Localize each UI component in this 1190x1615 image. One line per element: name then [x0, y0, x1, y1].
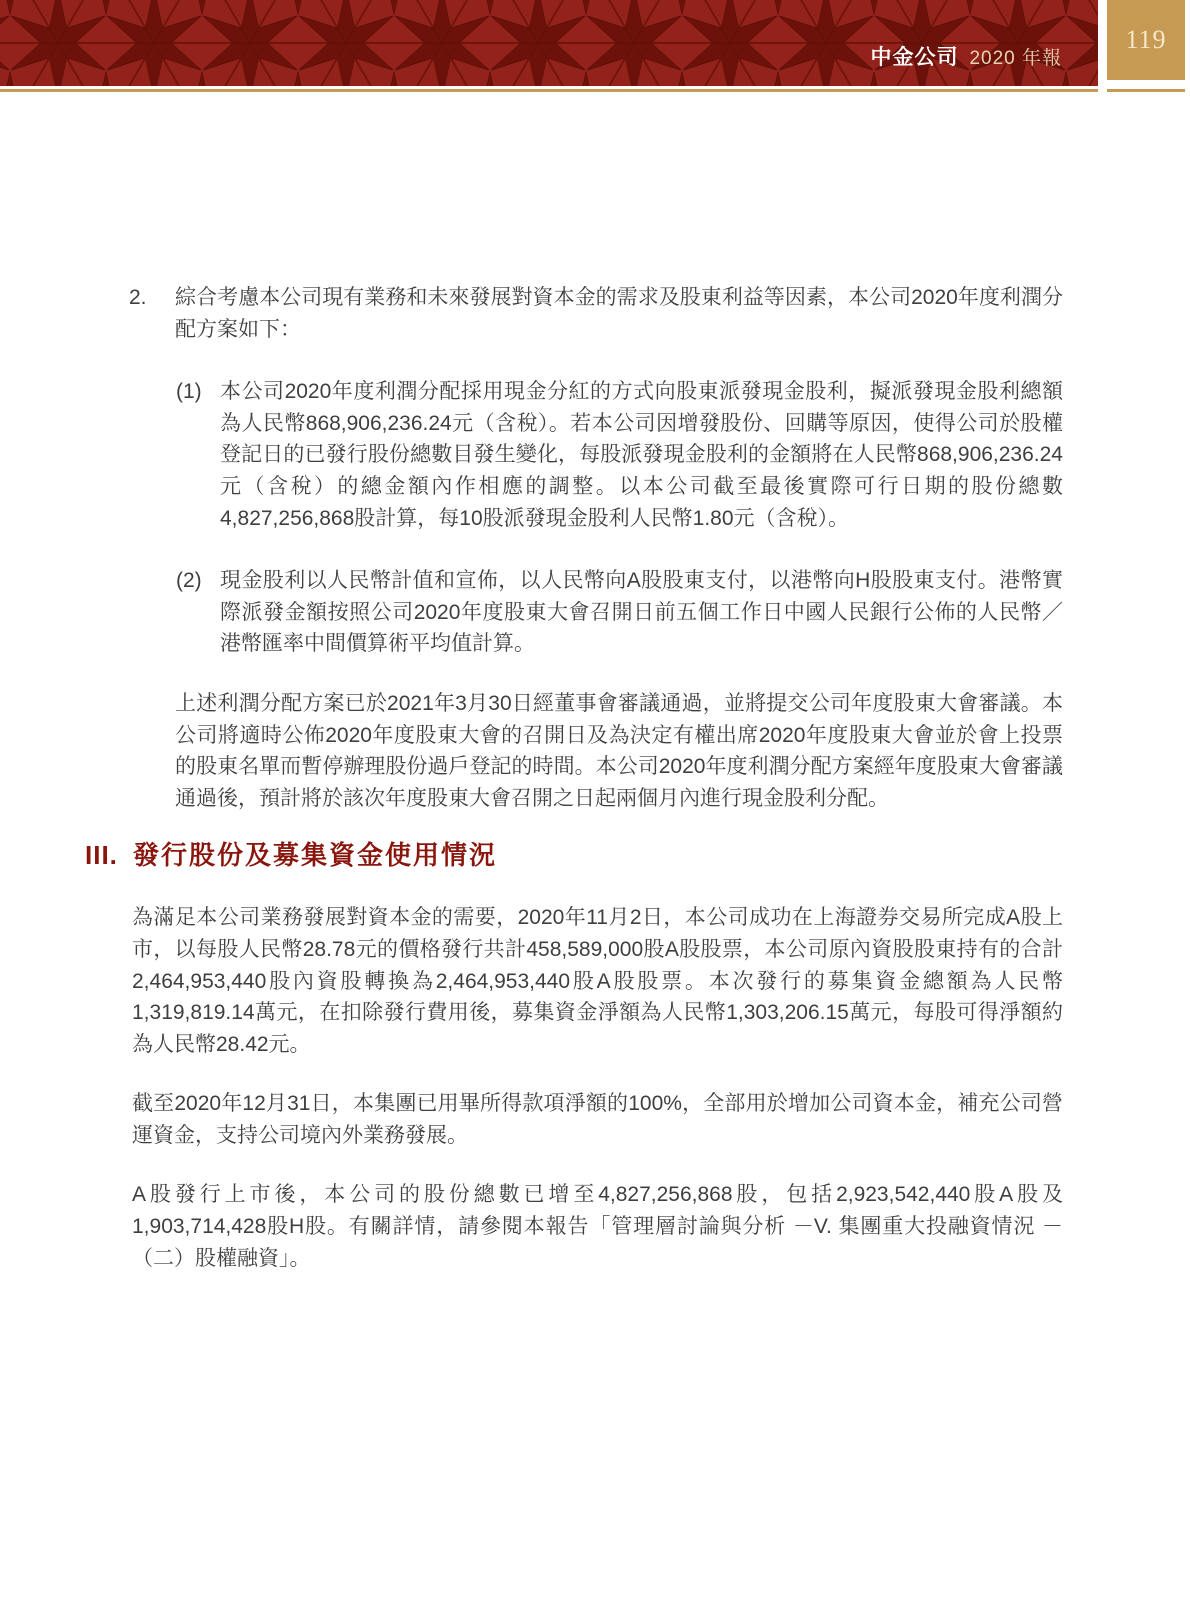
company-name: 中金公司 [870, 41, 958, 71]
gold-rule-right [1107, 89, 1185, 92]
page-content: 2. 綜合考慮本公司現有業務和未來發展對資本金的需求及股東利益等因素，本公司20… [0, 282, 1190, 1274]
gold-rule-left [0, 89, 1098, 92]
header-pattern-band: 中金公司 2020 年報 [0, 0, 1098, 86]
report-title: 2020 年報 [969, 43, 1062, 70]
dividend-closing-paragraph: 上述利潤分配方案已於2021年3月30日經董事會審議通過，並將提交公司年度股東大… [175, 688, 1063, 814]
list-item-2-number: 2. [129, 282, 175, 345]
gold-rule [0, 89, 1190, 92]
section-heading-iii: III. 發行股份及募集資金使用情況 [85, 838, 1063, 872]
sub-item-1-text: 本公司2020年度利潤分配採用現金分紅的方式向股東派發現金股利，擬派發現金股利總… [220, 376, 1063, 534]
gold-rule-gap [1098, 89, 1107, 92]
section-iii-paragraph-2: 截至2020年12月31日，本集團已用畢所得款項淨額的100%，全部用於增加公司… [132, 1088, 1063, 1151]
section-heading-title: 發行股份及募集資金使用情況 [133, 838, 497, 872]
header-divider-gap [1098, 0, 1107, 86]
sub-item-2: (2) 現金股利以人民幣計值和宣佈，以人民幣向A股股東支付，以港幣向H股股東支付… [176, 565, 1063, 660]
list-item-2: 2. 綜合考慮本公司現有業務和未來發展對資本金的需求及股東利益等因素，本公司20… [129, 282, 1063, 345]
page-number-box: 119 [1107, 0, 1185, 80]
sub-item-1: (1) 本公司2020年度利潤分配採用現金分紅的方式向股東派發現金股利，擬派發現… [176, 376, 1063, 534]
report-brand: 中金公司 2020 年報 [870, 41, 1062, 71]
sub-item-2-number: (2) [176, 565, 220, 660]
section-iii-paragraph-1: 為滿足本公司業務發展對資本金的需要，2020年11月2日，本公司成功在上海證券交… [132, 902, 1063, 1060]
page-number: 119 [1125, 25, 1166, 55]
list-item-2-text: 綜合考慮本公司現有業務和未來發展對資本金的需求及股東利益等因素，本公司2020年… [175, 282, 1063, 345]
section-iii-paragraph-3: A股發行上市後，本公司的股份總數已增至4,827,256,868股，包括2,92… [132, 1179, 1063, 1274]
section-heading-number: III. [85, 838, 133, 872]
page-header: 中金公司 2020 年報 119 [0, 0, 1190, 86]
sub-item-2-text: 現金股利以人民幣計值和宣佈，以人民幣向A股股東支付，以港幣向H股股東支付。港幣實… [220, 565, 1063, 660]
sub-item-1-number: (1) [176, 376, 220, 534]
